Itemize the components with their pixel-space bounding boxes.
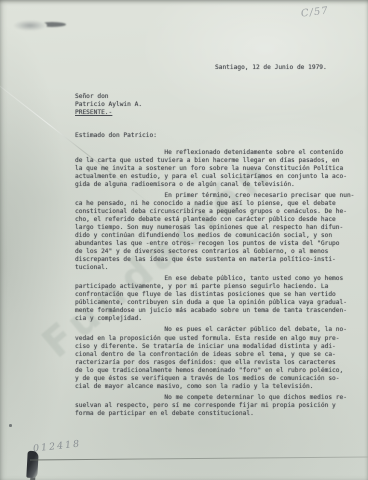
paragraph-5: No me compete determinar lo que dichos m… [75,394,354,418]
recipient-block: Señor don Patricio Aylwin A. [75,93,142,109]
paragraph-1: He reflexionado detenidamente sobre el c… [75,149,354,189]
page-edge-line [30,457,368,461]
pencil-smudge [13,20,47,31]
salutation: Estimado don Patricio: [75,132,157,140]
ink-blot [26,451,38,479]
letter-body: He reflexionado detenidamente sobre el c… [75,149,354,422]
paragraph-2: En primer término, creo necesario precis… [75,192,354,272]
pencil-archive-number: 012418 [33,439,82,455]
paragraph-3: En ese debate público, tanto usted como … [75,275,354,323]
pencil-code: C/57 [300,5,329,19]
paper-speck [9,424,12,427]
paragraph-4: No es pues el carácter público del debat… [75,326,354,390]
date-line: Santiago, 12 de Junio de 1979. [215,64,327,72]
recipient-presente: PRESENTE.- [75,109,112,117]
document-page: C/57 Fundación Santiago, 12 de Junio de … [0,0,368,480]
